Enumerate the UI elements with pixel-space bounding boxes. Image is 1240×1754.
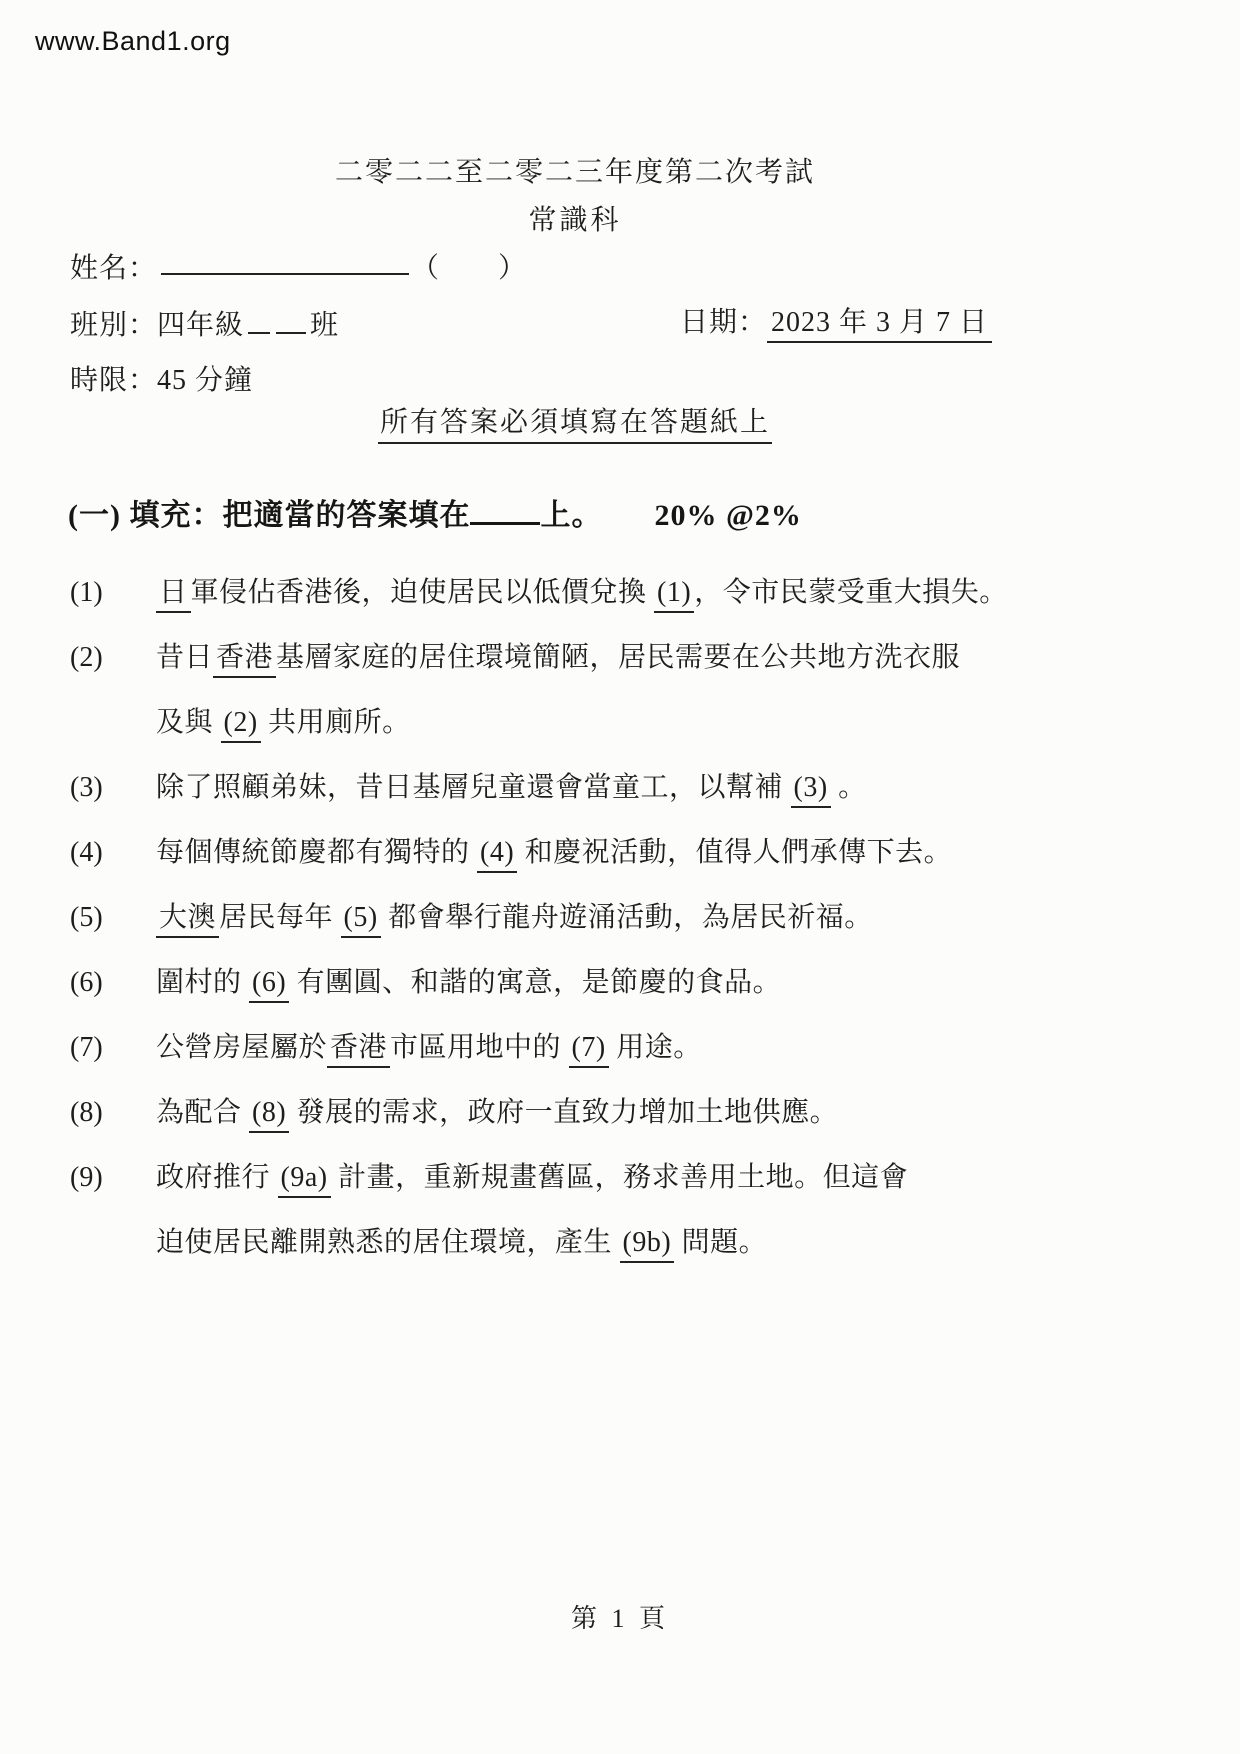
question-text-block: 大澳居民每年 (5) 都會舉行龍舟遊涌活動，為居民祈福。 — [156, 885, 1175, 950]
time-limit-row: 時限：45 分鐘 — [70, 358, 253, 398]
exam-paper-page: www.Band1.org 二零二二至二零二三年度第二次考試 常識科 姓名：（ … — [0, 0, 1240, 1754]
question-text: 圍村的 — [156, 967, 249, 998]
question-number: (9) — [70, 1145, 156, 1210]
question-text: 市區用地中的 — [390, 1032, 569, 1063]
question-text-block: 昔日香港基層家庭的居住環境簡陋，居民需要在公共地方洗衣服及與 (2) 共用廁所。 — [156, 625, 1175, 755]
blank-placeholder: (4) — [477, 837, 517, 873]
answer-sheet-notice-text: 所有答案必須填寫在答題紙上 — [378, 407, 772, 444]
date-row: 日期：2023 年 3 月 7 日 — [680, 300, 992, 340]
class-blank-line-2 — [276, 328, 306, 334]
section-score: 20% @2% — [654, 499, 801, 532]
question-row: (7)公營房屋屬於香港市區用地中的 (7) 用途。 — [70, 1015, 1175, 1080]
time-limit-label: 時限： — [70, 365, 157, 396]
time-limit-value: 45 分鐘 — [157, 365, 253, 396]
section-instruction-before-blank: 填充：把適當的答案填在 — [129, 499, 470, 532]
question-text: 迫使居民離開熟悉的居住環境，產生 — [156, 1227, 620, 1258]
blank-placeholder: (2) — [221, 707, 261, 743]
question-number: (2) — [70, 625, 156, 690]
section-blank-line — [470, 518, 540, 525]
blank-placeholder: (8) — [249, 1097, 289, 1133]
question-text: 每個傳統節慶都有獨特的 — [156, 837, 477, 868]
question-line: 大澳居民每年 (5) 都會舉行龍舟遊涌活動，為居民祈福。 — [156, 885, 1175, 950]
name-row: 姓名：（ ） — [70, 246, 527, 286]
section-number: (一) — [68, 499, 121, 532]
blank-placeholder: (3) — [791, 772, 831, 808]
question-text: 基層家庭的居住環境簡陋，居民需要在公共地方洗衣服 — [276, 642, 960, 673]
question-row: (2)昔日香港基層家庭的居住環境簡陋，居民需要在公共地方洗衣服及與 (2) 共用… — [70, 625, 1175, 755]
question-text: 都會舉行龍舟遊涌活動，為居民祈福。 — [381, 902, 873, 933]
answer-sheet-notice: 所有答案必須填寫在答題紙上 — [0, 400, 1150, 440]
question-text: 問題。 — [674, 1227, 767, 1258]
question-number: (6) — [70, 950, 156, 1015]
question-row: (1)日軍侵佔香港後，迫使居民以低價兌換 (1)，令市民蒙受重大損失。 — [70, 560, 1175, 625]
blank-placeholder: 大澳 — [156, 902, 219, 938]
question-text-block: 除了照顧弟妹，昔日基層兒童還會當童工，以幫補 (3) 。 — [156, 755, 1175, 820]
question-number: (3) — [70, 755, 156, 820]
question-number: (5) — [70, 885, 156, 950]
blank-placeholder: (7) — [569, 1032, 609, 1068]
question-text: 。 — [831, 772, 867, 803]
question-text: 計畫，重新規畫舊區，務求善用土地。但這會 — [331, 1162, 909, 1193]
question-text: 及與 — [156, 707, 221, 738]
question-text: ，令市民蒙受重大損失。 — [694, 577, 1008, 608]
question-row: (6)圍村的 (6) 有團圓、和諧的寓意，是節慶的食品。 — [70, 950, 1175, 1015]
question-number: (7) — [70, 1015, 156, 1080]
question-text-block: 日軍侵佔香港後，迫使居民以低價兌換 (1)，令市民蒙受重大損失。 — [156, 560, 1175, 625]
name-label: 姓名： — [70, 253, 157, 284]
question-row: (9)政府推行 (9a) 計畫，重新規畫舊區，務求善用土地。但這會迫使居民離開熟… — [70, 1145, 1175, 1275]
name-class-number-parens: （ ） — [411, 253, 527, 284]
question-text-block: 每個傳統節慶都有獨特的 (4) 和慶祝活動，值得人們承傳下去。 — [156, 820, 1175, 885]
blank-placeholder: (1) — [654, 577, 694, 613]
section-one-header: (一) 填充：把適當的答案填在上。20% @2% — [68, 490, 1168, 534]
question-line: 昔日香港基層家庭的居住環境簡陋，居民需要在公共地方洗衣服 — [156, 625, 1175, 690]
question-row: (5)大澳居民每年 (5) 都會舉行龍舟遊涌活動，為居民祈福。 — [70, 885, 1175, 950]
blank-placeholder: 日 — [156, 577, 191, 613]
exam-title: 二零二二至二零二三年度第二次考試 — [0, 150, 1150, 190]
question-line: 公營房屋屬於香港市區用地中的 (7) 用途。 — [156, 1015, 1175, 1080]
question-line: 每個傳統節慶都有獨特的 (4) 和慶祝活動，值得人們承傳下去。 — [156, 820, 1175, 885]
question-text: 除了照顧弟妹，昔日基層兒童還會當童工，以幫補 — [156, 772, 791, 803]
blank-placeholder: (9b) — [620, 1227, 675, 1263]
question-row: (8)為配合 (8) 發展的需求，政府一直致力增加土地供應。 — [70, 1080, 1175, 1145]
question-text: 發展的需求，政府一直致力增加土地供應。 — [289, 1097, 838, 1128]
question-text: 公營房屋屬於 — [156, 1032, 327, 1063]
blank-placeholder: (9a) — [278, 1162, 331, 1198]
question-row: (3)除了照顧弟妹，昔日基層兒童還會當童工，以幫補 (3) 。 — [70, 755, 1175, 820]
blank-placeholder: (5) — [341, 902, 381, 938]
question-text: 軍侵佔香港後，迫使居民以低價兌換 — [191, 577, 655, 608]
question-text: 居民每年 — [219, 902, 341, 933]
question-line: 日軍侵佔香港後，迫使居民以低價兌換 (1)，令市民蒙受重大損失。 — [156, 560, 1175, 625]
question-line: 及與 (2) 共用廁所。 — [156, 690, 1175, 755]
watermark-url: www.Band1.org — [35, 26, 231, 57]
questions: (1)日軍侵佔香港後，迫使居民以低價兌換 (1)，令市民蒙受重大損失。(2)昔日… — [70, 560, 1175, 1275]
question-text-block: 圍村的 (6) 有團圓、和諧的寓意，是節慶的食品。 — [156, 950, 1175, 1015]
blank-placeholder: (6) — [249, 967, 289, 1003]
question-text-block: 為配合 (8) 發展的需求，政府一直致力增加土地供應。 — [156, 1080, 1175, 1145]
question-text: 有團圓、和諧的寓意，是節慶的食品。 — [289, 967, 781, 998]
date-label: 日期： — [680, 307, 767, 338]
question-number: (4) — [70, 820, 156, 885]
class-label: 班別： — [70, 310, 157, 341]
question-text: 共用廁所。 — [261, 707, 411, 738]
question-line: 迫使居民離開熟悉的居住環境，產生 (9b) 問題。 — [156, 1210, 1175, 1275]
blank-placeholder: 香港 — [327, 1032, 390, 1068]
section-instruction-after-blank: 上。 — [540, 499, 602, 532]
question-line: 圍村的 (6) 有團圓、和諧的寓意，是節慶的食品。 — [156, 950, 1175, 1015]
exam-subject: 常識科 — [0, 198, 1150, 238]
question-text: 和慶祝活動，值得人們承傳下去。 — [517, 837, 952, 868]
question-number: (8) — [70, 1080, 156, 1145]
question-line: 除了照顧弟妹，昔日基層兒童還會當童工，以幫補 (3) 。 — [156, 755, 1175, 820]
question-row: (4)每個傳統節慶都有獨特的 (4) 和慶祝活動，值得人們承傳下去。 — [70, 820, 1175, 885]
name-blank-line — [161, 269, 409, 275]
question-text-block: 政府推行 (9a) 計畫，重新規畫舊區，務求善用土地。但這會迫使居民離開熟悉的居… — [156, 1145, 1175, 1275]
question-text: 為配合 — [156, 1097, 249, 1128]
date-value: 2023 年 3 月 7 日 — [767, 307, 992, 343]
class-grade-text: 四年級 — [157, 310, 244, 341]
question-text-block: 公營房屋屬於香港市區用地中的 (7) 用途。 — [156, 1015, 1175, 1080]
question-text: 昔日 — [156, 642, 213, 673]
class-blank-line-1 — [248, 328, 270, 334]
question-text: 用途。 — [609, 1032, 702, 1063]
page-number: 第 1 頁 — [0, 1598, 1240, 1635]
blank-placeholder: 香港 — [213, 642, 276, 678]
question-number: (1) — [70, 560, 156, 625]
class-row: 班別：四年級班 — [70, 303, 339, 343]
question-line: 政府推行 (9a) 計畫，重新規畫舊區，務求善用土地。但這會 — [156, 1145, 1175, 1210]
class-suffix: 班 — [310, 310, 339, 341]
question-line: 為配合 (8) 發展的需求，政府一直致力增加土地供應。 — [156, 1080, 1175, 1145]
question-text: 政府推行 — [156, 1162, 278, 1193]
